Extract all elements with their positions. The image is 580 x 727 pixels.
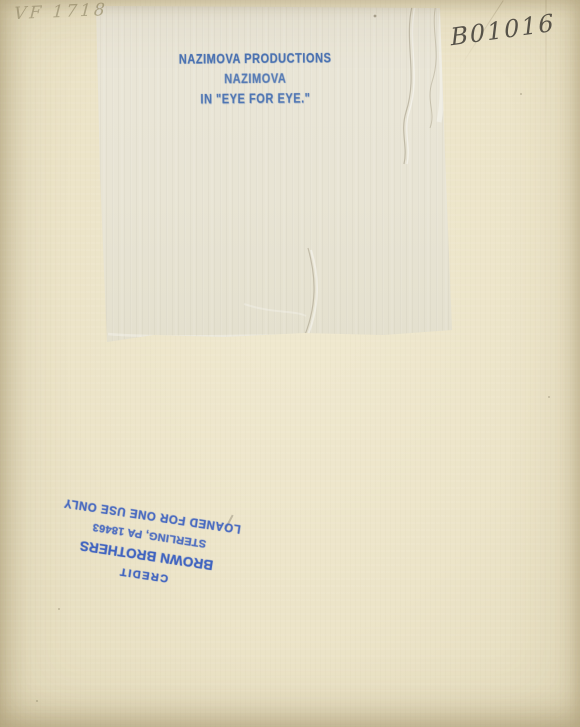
- photo-verso-paper: VF 1718 B01016 NAZIMOVA PRODUCTIONS NAZI…: [0, 0, 580, 727]
- stamp-line-film-title: IN "EYE FOR EYE.": [142, 87, 368, 109]
- brown-brothers-credit-stamp: CREDIT BROWN BROTHERS STERLING, PA 18463…: [47, 491, 249, 599]
- paper-speck: [520, 93, 522, 95]
- stamp-line-production: NAZIMOVA PRODUCTIONS: [142, 47, 368, 69]
- pasted-caption-label: NAZIMOVA PRODUCTIONS NAZIMOVA IN "EYE FO…: [94, 4, 453, 344]
- handwritten-archive-number: B01016: [450, 9, 557, 52]
- production-credit-stamp: NAZIMOVA PRODUCTIONS NAZIMOVA IN "EYE FO…: [142, 47, 369, 109]
- paper-speck: [36, 700, 38, 702]
- paper-speck: [548, 396, 550, 398]
- handwritten-catalog-code: VF 1718: [13, 0, 108, 24]
- paper-speck: [58, 608, 60, 610]
- stamp-line-actress: NAZIMOVA: [142, 67, 368, 89]
